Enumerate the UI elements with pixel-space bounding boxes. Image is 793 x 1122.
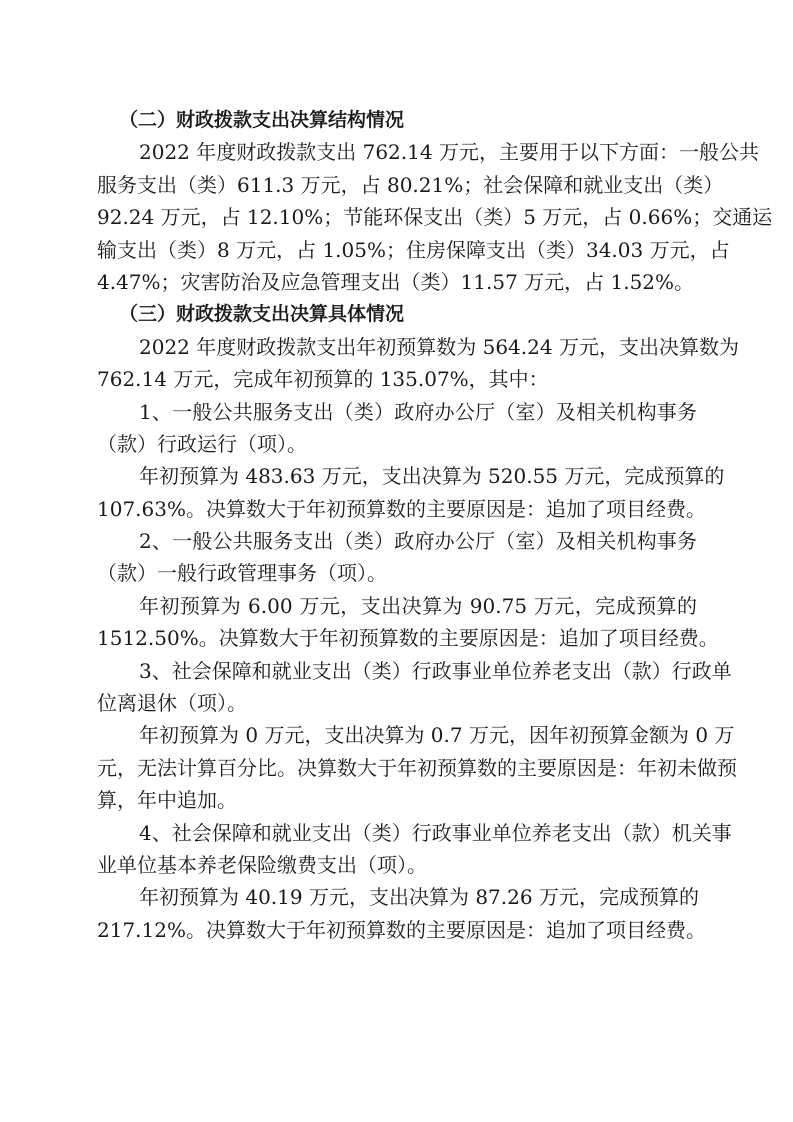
paragraph-line: 92.24 万元，占 12.10%；节能环保支出（类）5 万元，占 0.66%；… (97, 201, 697, 233)
item-title-line: 业单位基本养老保险缴费支出（项）。 (97, 849, 697, 881)
item-title-line: 3、社会保障和就业支出（类）行政事业单位养老支出（款）行政单 (97, 655, 697, 687)
section-heading-structure: （二）财政拨款支出决算结构情况 (97, 104, 697, 136)
document-page: （二）财政拨款支出决算结构情况 2022 年度财政拨款支出 762.14 万元，… (97, 104, 697, 946)
item-body-line: 年初预算为 0 万元，支出决算为 0.7 万元，因年初预算金额为 0 万 (97, 719, 697, 751)
paragraph-line: 服务支出（类）611.3 万元，占 80.21%；社会保障和就业支出（类） (97, 169, 697, 201)
item-body-line: 217.12%。决算数大于年初预算数的主要原因是：追加了项目经费。 (97, 914, 697, 946)
item-body-line: 107.63%。决算数大于年初预算数的主要原因是：追加了项目经费。 (97, 493, 697, 525)
item-body-line: 算，年中追加。 (97, 784, 697, 816)
paragraph-line: 2022 年度财政拨款支出 762.14 万元，主要用于以下方面：一般公共 (97, 136, 697, 168)
item-title-line: （款）一般行政管理事务（项）。 (97, 557, 697, 589)
item-body-line: 1512.50%。决算数大于年初预算数的主要原因是：追加了项目经费。 (97, 622, 697, 654)
paragraph-line: 762.14 万元，完成年初预算的 135.07%，其中： (97, 363, 697, 395)
item-title-line: 1、一般公共服务支出（类）政府办公厅（室）及相关机构事务 (97, 396, 697, 428)
item-title-line: （款）行政运行（项）。 (97, 428, 697, 460)
item-body-line: 年初预算为 40.19 万元，支出决算为 87.26 万元，完成预算的 (97, 881, 697, 913)
paragraph-line: 4.47%；灾害防治及应急管理支出（类）11.57 万元，占 1.52%。 (97, 266, 697, 298)
paragraph-line: 2022 年度财政拨款支出年初预算数为 564.24 万元，支出决算数为 (97, 331, 697, 363)
item-title-line: 4、社会保障和就业支出（类）行政事业单位养老支出（款）机关事 (97, 817, 697, 849)
item-body-line: 元，无法计算百分比。决算数大于年初预算数的主要原因是：年初未做预 (97, 752, 697, 784)
item-body-line: 年初预算为 6.00 万元，支出决算为 90.75 万元，完成预算的 (97, 590, 697, 622)
item-body-line: 年初预算为 483.63 万元，支出决算为 520.55 万元，完成预算的 (97, 460, 697, 492)
section-heading-detail: （三）财政拨款支出决算具体情况 (97, 298, 697, 330)
item-title-line: 2、一般公共服务支出（类）政府办公厅（室）及相关机构事务 (97, 525, 697, 557)
paragraph-line: 输支出（类）8 万元，占 1.05%；住房保障支出（类）34.03 万元，占 (97, 234, 697, 266)
item-title-line: 位离退休（项）。 (97, 687, 697, 719)
